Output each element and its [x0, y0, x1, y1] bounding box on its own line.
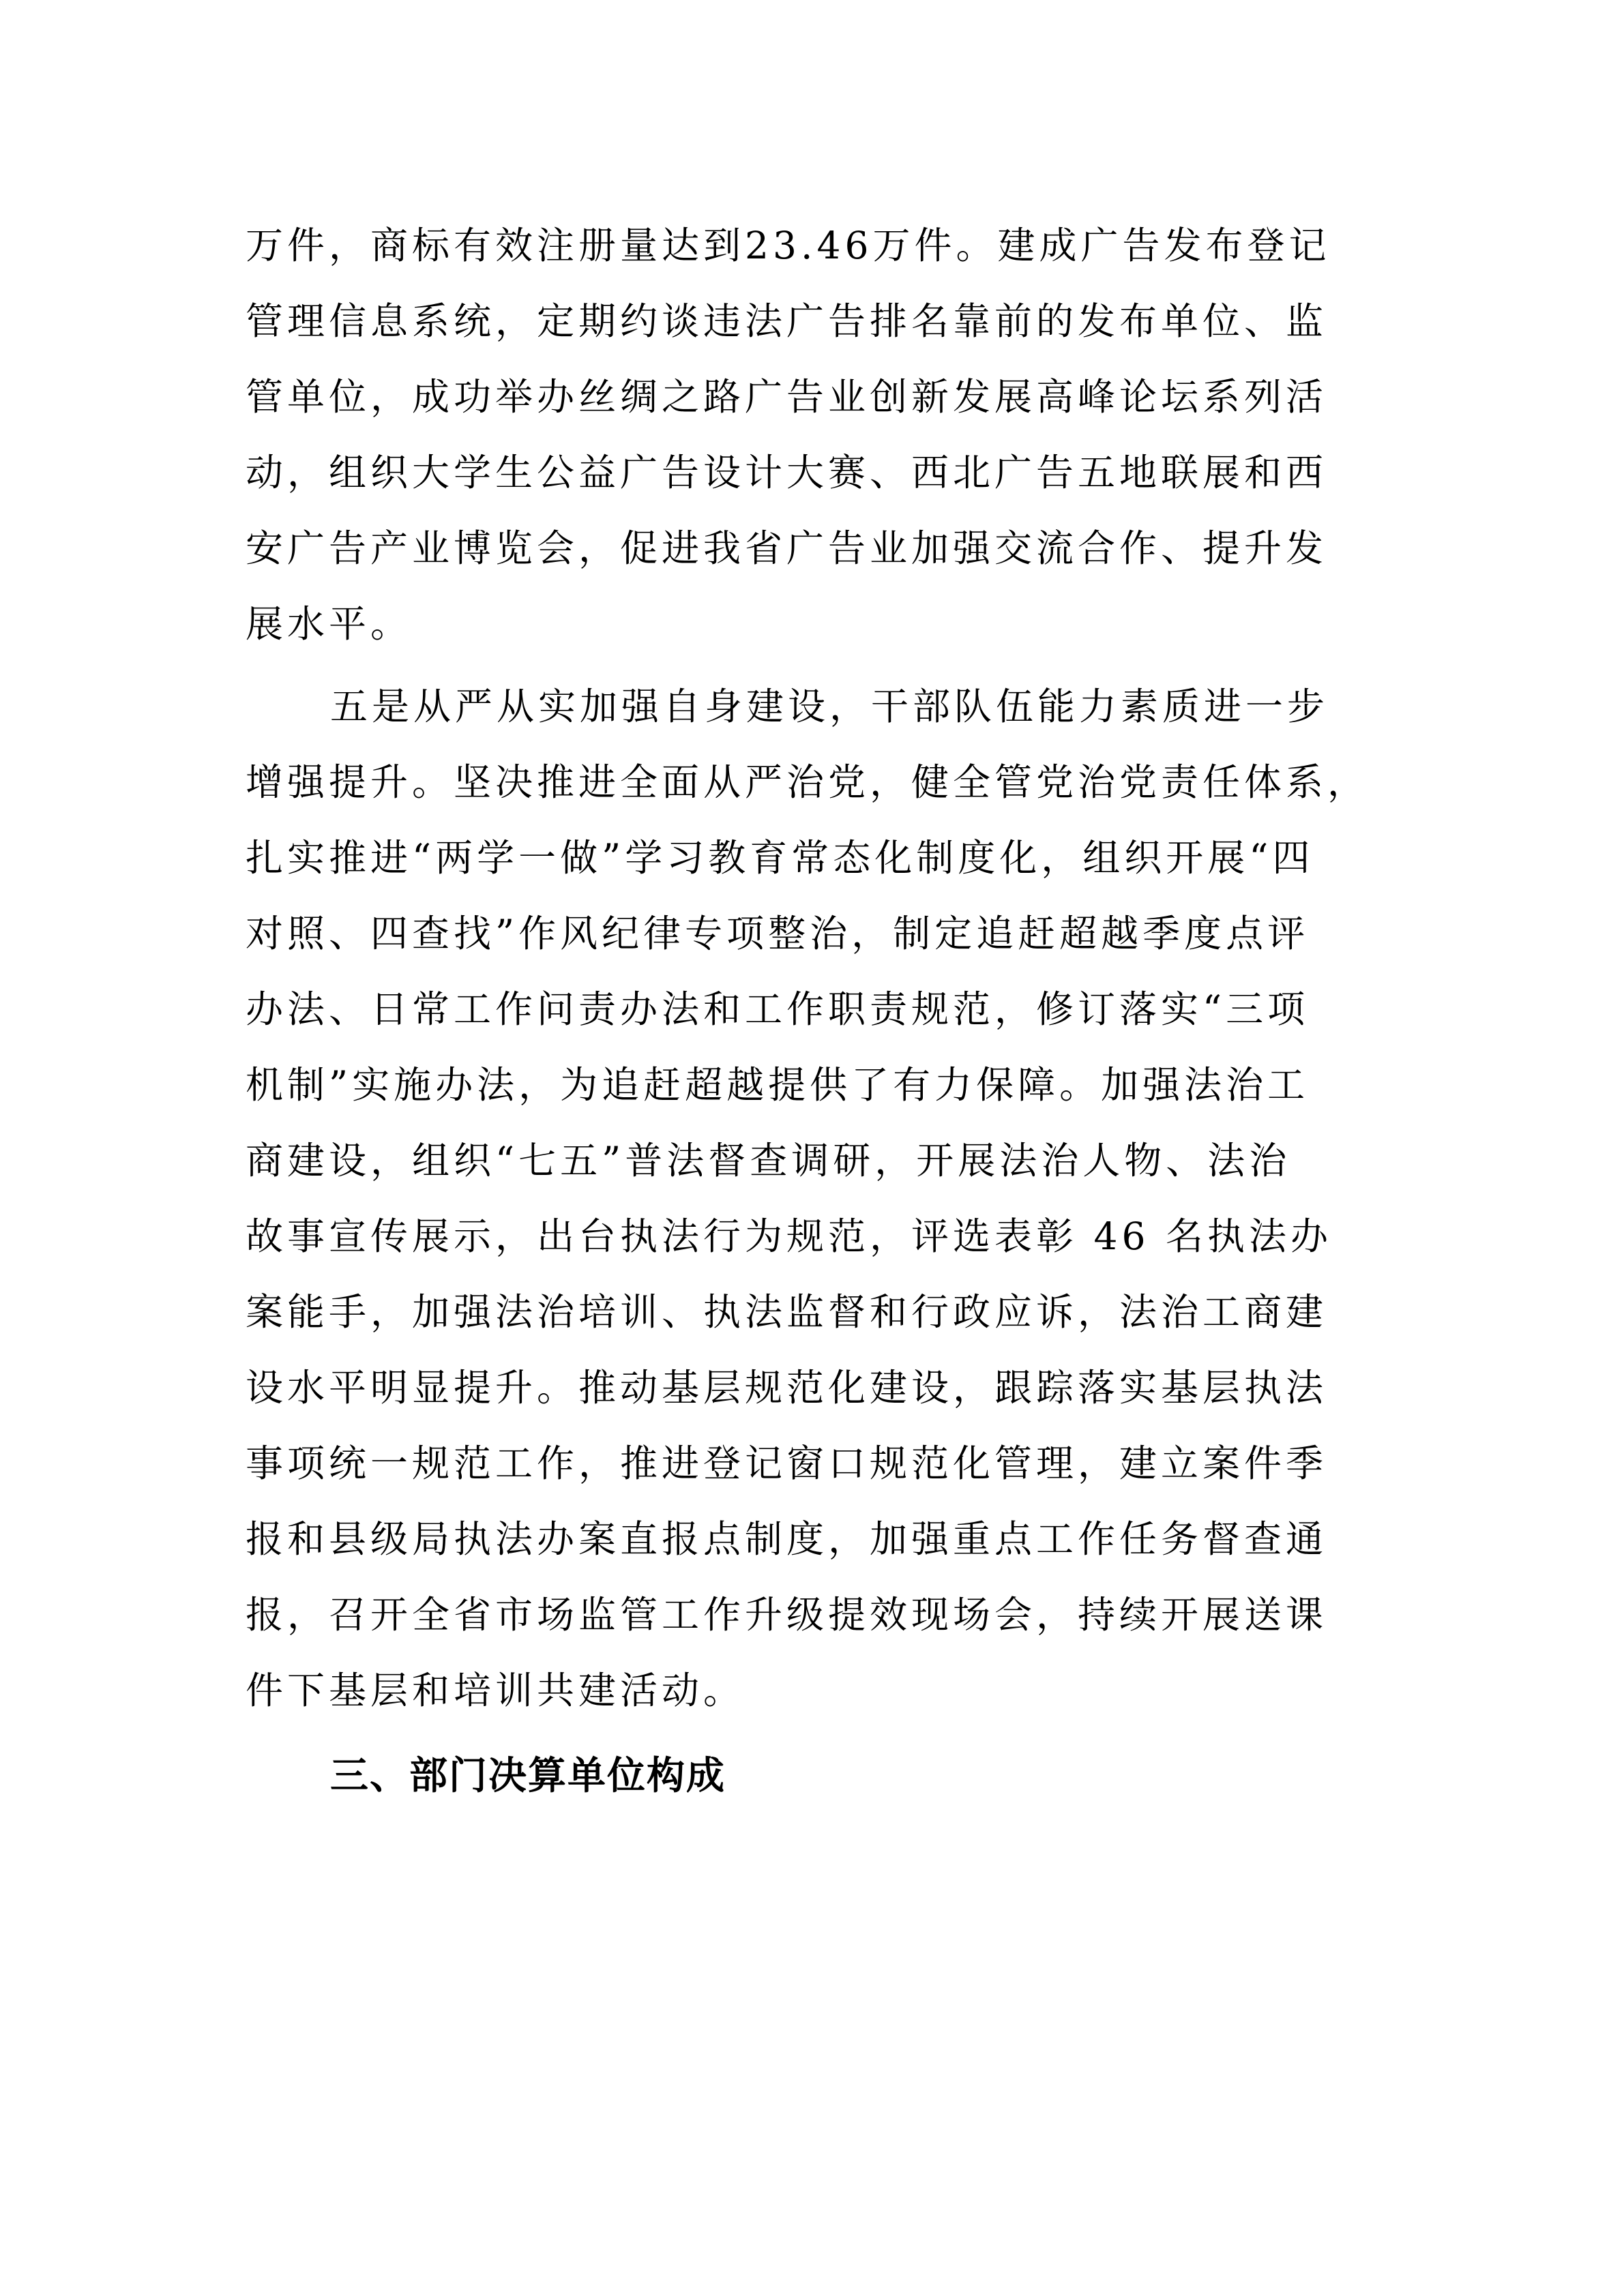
text-line: 设水平明显提升。推动基层规范化建设，跟踪落实基层执法 [246, 1350, 1381, 1426]
text-line: 扎实推进“两学一做”学习教育常态化制度化，组织开展“四 [246, 820, 1381, 896]
text-line: 安广告产业博览会，促进我省广告业加强交流合作、提升发 [246, 511, 1381, 586]
text-line: 万件，商标有效注册量达到23.46万件。建成广告发布登记 [246, 208, 1381, 284]
text-line: 增强提升。坚决推进全面从严治党，健全管党治党责任体系， [246, 745, 1381, 820]
text-line: 件下基层和培训共建活动。 [246, 1653, 1381, 1729]
paragraph-spacer [246, 662, 1381, 669]
text-line: 事项统一规范工作，推进登记窗口规范化管理，建立案件季 [246, 1426, 1381, 1502]
text-line: 展水平。 [246, 586, 1381, 662]
text-line: 故事宣传展示，出台执法行为规范，评选表彰 46 名执法办 [246, 1199, 1381, 1274]
paragraph-advertising-continued: 万件，商标有效注册量达到23.46万件。建成广告发布登记 管理信息系统，定期约谈… [246, 208, 1381, 662]
text-line: 管理信息系统，定期约谈违法广告排名靠前的发布单位、监 [246, 284, 1381, 359]
text-line: 五是从严从实加强自身建设，干部队伍能力素质进一步 [246, 669, 1381, 745]
text-line: 管单位，成功举办丝绸之路广告业创新发展高峰论坛系列活 [246, 359, 1381, 435]
text-line: 动，组织大学生公益广告设计大赛、西北广告五地联展和西 [246, 435, 1381, 511]
text-line: 机制”实施办法，为追赶超越提供了有力保障。加强法治工 [246, 1047, 1381, 1123]
document-page: 万件，商标有效注册量达到23.46万件。建成广告发布登记 管理信息系统，定期约谈… [246, 208, 1381, 1814]
text-line: 报和县级局执法办案直报点制度，加强重点工作任务督查通 [246, 1502, 1381, 1577]
text-line: 办法、日常工作问责办法和工作职责规范，修订落实“三项 [246, 972, 1381, 1047]
section-heading: 三、部门决算单位构成 [246, 1738, 1381, 1814]
text-line: 商建设，组织“七五”普法督查调研，开展法治人物、法治 [246, 1123, 1381, 1199]
text-line: 报，召开全省市场监管工作升级提效现场会，持续开展送课 [246, 1577, 1381, 1653]
text-line: 案能手，加强法治培训、执法监督和行政应诉，法治工商建 [246, 1274, 1381, 1350]
paragraph-self-building: 五是从严从实加强自身建设，干部队伍能力素质进一步 增强提升。坚决推进全面从严治党… [246, 669, 1381, 1729]
text-line: 对照、四查找”作风纪律专项整治，制定追赶超越季度点评 [246, 896, 1381, 972]
